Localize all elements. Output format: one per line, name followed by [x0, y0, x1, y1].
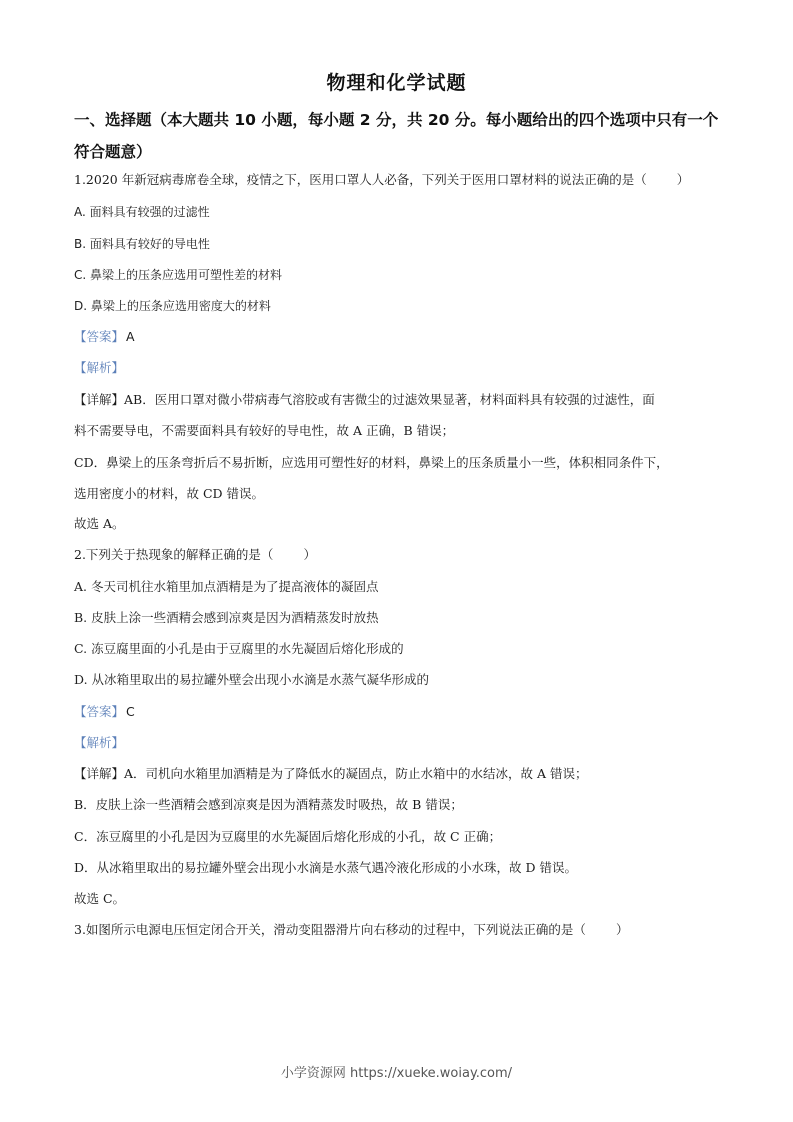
question-2-stem: 2.下列关于热现象的解释正确的是（） — [74, 547, 316, 563]
question-2-detail-line: B．皮肤上涂一些酒精会感到凉爽是因为酒精蒸发时吸热，故 B 错误； — [74, 797, 463, 813]
question-1-detail-line: 【详解】AB．医用口罩对微小带病毒气溶胶或有害微尘的过滤效果显著，材料面料具有较… — [74, 392, 655, 408]
question-1-option-b: B. 面料具有较好的导电性 — [74, 236, 210, 252]
question-1-stem: 1.2020 年新冠病毒席卷全球，疫情之下，医用口罩人人必备，下列关于医用口罩材… — [74, 172, 689, 188]
question-2-option-d: D. 从冰箱里取出的易拉罐外壁会出现小水滴是水蒸气凝华形成的 — [74, 672, 429, 688]
question-3-stem-text: 3.如图所示电源电压恒定闭合开关，滑动变阻器滑片向右移动的过程中，下列说法正确的… — [74, 922, 586, 937]
question-1-detail-line: 选用密度小的材料，故 CD 错误。 — [74, 486, 264, 502]
section-heading-line1: 一、选择题（本大题共 10 小题，每小题 2 分，共 20 分。每小题给出的四个… — [74, 108, 724, 130]
question-1-option-a: A. 面料具有较强的过滤性 — [74, 204, 210, 220]
question-2-stem-close: ） — [303, 547, 316, 562]
document-page: 物理和化学试题 一、选择题（本大题共 10 小题，每小题 2 分，共 20 分。… — [0, 0, 793, 1122]
question-2-option-a: A. 冬天司机往水箱里加点酒精是为了提高液体的凝固点 — [74, 579, 378, 595]
question-2-answer: 【答案】C — [74, 704, 135, 720]
question-1-conclusion: 故选 A。 — [74, 516, 125, 532]
question-1-detail-line: CD．鼻梁上的压条弯折后不易折断，应选用可塑性好的材料，鼻梁上的压条质量小一些，… — [74, 455, 669, 471]
answer-value: A — [126, 329, 135, 344]
question-2-detail-line: C．冻豆腐里的小孔是因为豆腐里的水先凝固后熔化形成的小孔，故 C 正确； — [74, 829, 501, 845]
question-1-stem-text: 1.2020 年新冠病毒席卷全球，疫情之下，医用口罩人人必备，下列关于医用口罩材… — [74, 172, 647, 187]
document-title: 物理和化学试题 — [0, 68, 793, 95]
question-2-detail-line: 【详解】A．司机向水箱里加酒精是为了降低水的凝固点，防止水箱中的水结冰，故 A … — [74, 766, 588, 782]
answer-label: 【答案】 — [74, 704, 124, 719]
question-2-conclusion: 故选 C。 — [74, 891, 125, 907]
question-2-option-b: B. 皮肤上涂一些酒精会感到凉爽是因为酒精蒸发时放热 — [74, 610, 379, 626]
analysis-label: 【解析】 — [74, 735, 124, 750]
question-2-option-c: C. 冻豆腐里面的小孔是由于豆腐里的水先凝固后熔化形成的 — [74, 641, 404, 657]
section-heading-line2: 符合题意） — [74, 140, 724, 162]
question-3-stem-close: ） — [616, 922, 629, 937]
question-1-analysis: 【解析】 — [74, 360, 124, 376]
footer-watermark: 小学资源网 https://xueke.woiay.com/ — [0, 1062, 793, 1081]
question-2-stem-text: 2.下列关于热现象的解释正确的是（ — [74, 547, 273, 562]
question-1-detail-line: 料不需要导电，不需要面料具有较好的导电性，故 A 正确，B 错误； — [74, 423, 454, 439]
question-3-stem: 3.如图所示电源电压恒定闭合开关，滑动变阻器滑片向右移动的过程中，下列说法正确的… — [74, 922, 628, 938]
question-1-stem-close: ） — [677, 172, 690, 187]
answer-value: C — [126, 704, 135, 719]
analysis-label: 【解析】 — [74, 360, 124, 375]
question-2-analysis: 【解析】 — [74, 735, 124, 751]
question-1-answer: 【答案】A — [74, 329, 135, 345]
question-1-option-d: D. 鼻梁上的压条应选用密度大的材料 — [74, 298, 271, 314]
answer-label: 【答案】 — [74, 329, 124, 344]
question-1-option-c: C. 鼻梁上的压条应选用可塑性差的材料 — [74, 267, 282, 283]
question-2-detail-line: D．从冰箱里取出的易拉罐外壁会出现小水滴是水蒸气遇冷液化形成的小水珠，故 D 错… — [74, 860, 577, 876]
